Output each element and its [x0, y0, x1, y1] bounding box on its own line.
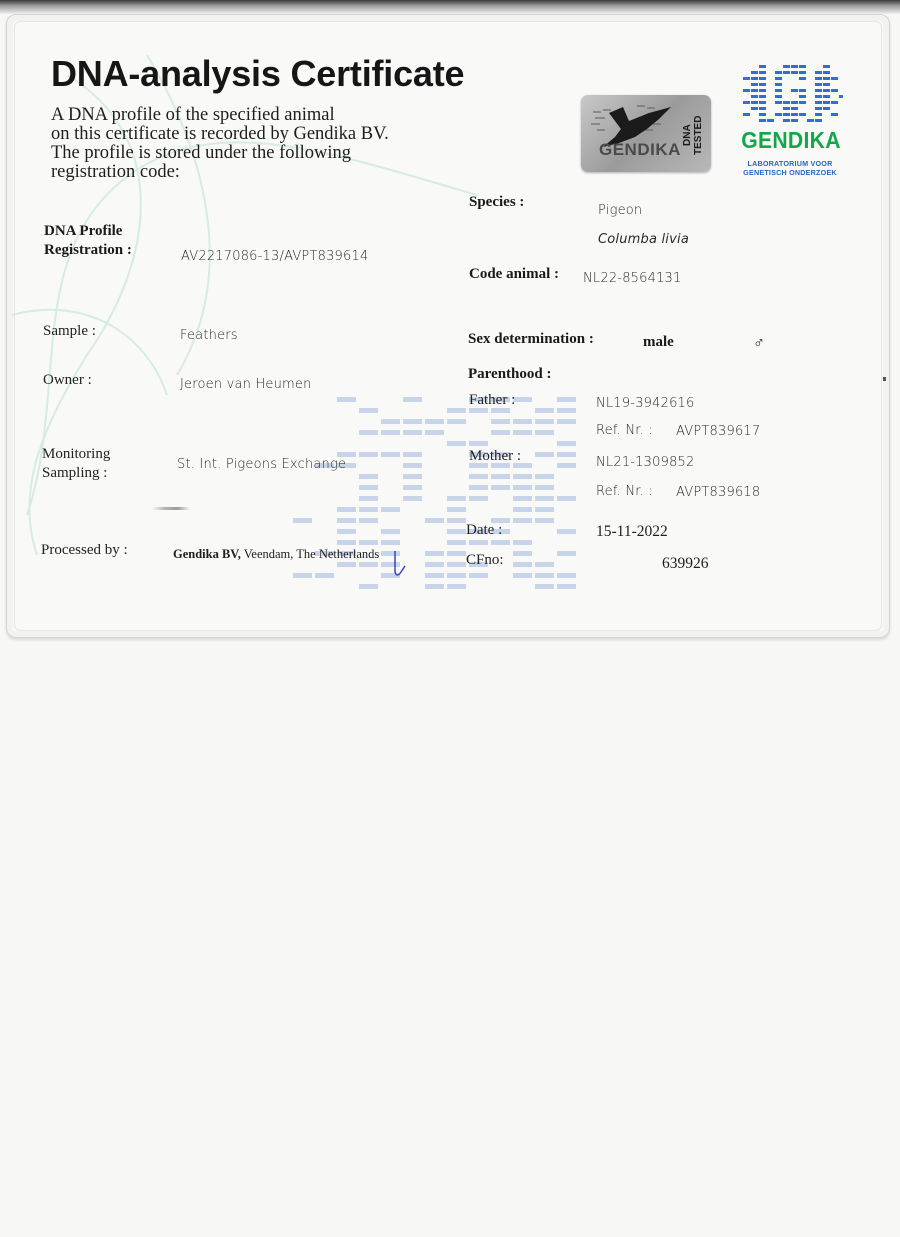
code-animal-label: Code animal : — [469, 266, 559, 283]
monitoring-label-1: Monitoring — [42, 446, 110, 463]
sex-label: Sex determination : — [468, 331, 594, 348]
signature-mark — [391, 550, 407, 580]
species-latin-name: Columba livia — [598, 232, 689, 247]
mother-ref-label: Ref. Nr. : — [596, 484, 653, 499]
father-ref-label: Ref. Nr. : — [596, 423, 653, 438]
intro-line: The profile is stored under the followin… — [51, 144, 389, 163]
logo-tagline-1: LABORATORIUM VOOR — [737, 159, 843, 168]
father-ring: NL19-3942616 — [596, 396, 695, 411]
registration-label-1: DNA Profile — [44, 223, 122, 240]
certificate-title: DNA-analysis Certificate — [51, 53, 464, 95]
mother-ref: AVPT839618 — [676, 485, 760, 500]
date-value: 15-11-2022 — [596, 523, 668, 541]
intro-line: A DNA profile of the specified animal — [51, 106, 389, 125]
cfno-label: CFno: — [466, 552, 504, 569]
scan-top-edge — [0, 0, 900, 14]
processed-by-location: Veendam, The Netherlands — [241, 547, 379, 561]
species-common-name: Pigeon — [598, 203, 642, 218]
father-ref: AVPT839617 — [676, 424, 760, 439]
owner-label: Owner : — [43, 372, 92, 389]
mother-ring: NL21-1309852 — [596, 455, 695, 470]
logo-tagline: LABORATORIUM VOOR GENETISCH ONDERZOEK — [737, 159, 843, 177]
gendika-watermark — [287, 393, 617, 593]
processed-by-label: Processed by : — [41, 542, 128, 559]
dna-g-logo-icon — [737, 63, 843, 125]
dna-tested-sticker: GENDIKA DNA TESTED — [581, 95, 711, 172]
certificate-card: DNA-analysis Certificate A DNA profile o… — [6, 14, 890, 638]
scan-speck — [883, 377, 886, 381]
monitoring-label-2: Sampling : — [42, 465, 107, 482]
gendika-logo: GENDIKA LABORATORIUM VOOR GENETISCH ONDE… — [737, 63, 847, 193]
ink-smudge — [152, 507, 190, 510]
registration-label-2: Registration : — [44, 242, 132, 259]
father-label: Father : — [469, 392, 515, 409]
logo-tagline-2: GENETISCH ONDERZOEK — [737, 168, 843, 177]
intro-line: on this certificate is recorded by Gendi… — [51, 125, 389, 144]
logo-name: GENDIKA — [741, 127, 839, 154]
sticker-tag: DNA TESTED — [682, 104, 700, 166]
sticker-brand: GENDIKA — [599, 140, 681, 160]
processed-by-value: Gendika BV, Veendam, The Netherlands — [173, 547, 379, 562]
sex-value: male — [643, 334, 674, 351]
sample-value: Feathers — [180, 328, 238, 343]
parenthood-label: Parenthood : — [468, 366, 551, 383]
monitoring-value: St. Int. Pigeons Exchange — [177, 457, 346, 472]
date-label: Date : — [466, 522, 502, 539]
certificate-intro: A DNA profile of the specified animal on… — [51, 106, 389, 182]
registration-value: AV2217086-13/AVPT839614 — [181, 249, 368, 264]
owner-value: Jeroen van Heumen — [180, 377, 312, 392]
code-animal-value: NL22-8564131 — [583, 271, 682, 286]
species-label: Species : — [469, 194, 524, 211]
sample-label: Sample : — [43, 323, 96, 340]
male-symbol-icon: ♂ — [753, 335, 765, 353]
processed-by-company: Gendika BV, — [173, 547, 241, 561]
mother-label: Mother : — [469, 448, 521, 465]
intro-line: registration code: — [51, 163, 389, 182]
cfno-value: 639926 — [662, 555, 709, 573]
